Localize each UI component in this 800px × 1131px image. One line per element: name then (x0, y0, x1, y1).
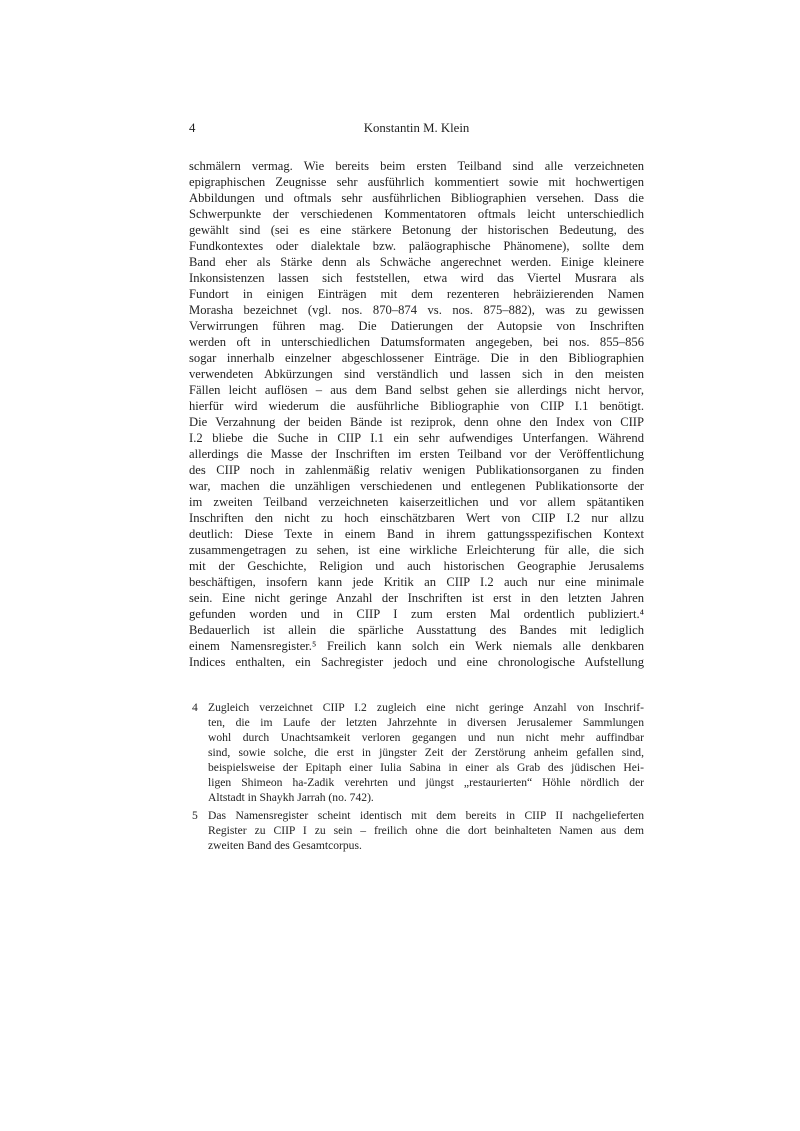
text-line: beschäftigen, insofern kann jede Kritik … (189, 574, 644, 590)
text-line: hierfür wird wiederum die ausführliche B… (189, 398, 644, 414)
text-line: Zugleich verzeichnet CIIP I.2 zugleich e… (208, 700, 644, 715)
text-line: Band eher als Stärke denn als Schwäche a… (189, 254, 644, 270)
text-line: einem Namensregister.⁵ Freilich kann sol… (189, 638, 644, 654)
text-line: Inschriften den nicht zu hoch einschätzb… (189, 510, 644, 526)
text-line: sind, sowie solche, die erst in jüngster… (208, 745, 644, 760)
text-line: gewählt sind (sei es eine stärkere Beton… (189, 222, 644, 238)
page-header: 4 Konstantin M. Klein (189, 120, 644, 136)
text-line: I.2 bliebe die Suche in CIIP I.1 ein seh… (189, 430, 644, 446)
text-line: schmälern vermag. Wie bereits beim erste… (189, 158, 644, 174)
text-line: Schwerpunkte der verschiedenen Kommentat… (189, 206, 644, 222)
text-line: Indices enthalten, ein Sachregister jedo… (189, 654, 644, 670)
text-line: Die Verzahnung der beiden Bände ist rezi… (189, 414, 644, 430)
text-line: Abbildungen und oftmals sehr ausführlich… (189, 190, 644, 206)
text-line: Register zu CIIP I zu sein – freilich oh… (208, 823, 644, 838)
text-line: wohl durch Unachtsamkeit verloren gegang… (208, 730, 644, 745)
text-line: Morasha bezeichnet (vgl. nos. 870–874 vs… (189, 302, 644, 318)
text-line: allerdings die Masse der Inschriften im … (189, 446, 644, 462)
text-line: beispielsweise der Epitaph einer Iulia S… (208, 760, 644, 775)
footnote-number: 4 (189, 700, 208, 805)
text-line: war, machen die unzähligen verschiedenen… (189, 478, 644, 494)
text-line: ligen Shimeon ha-Zadik verehrten und jün… (208, 775, 644, 790)
body-paragraph: schmälern vermag. Wie bereits beim erste… (189, 158, 644, 670)
text-line: ten, die im Laufe der letzten Jahrzehnte… (208, 715, 644, 730)
text-line: sein. Eine nicht geringe Anzahl der Insc… (189, 590, 644, 606)
page-number: 4 (189, 120, 195, 136)
text-line: Verwirrungen führen mag. Die Datierungen… (189, 318, 644, 334)
text-line: gefunden worden und in CIIP I zum ersten… (189, 606, 644, 622)
footnote-number: 5 (189, 808, 208, 853)
document-page: 4 Konstantin M. Klein schmälern vermag. … (0, 0, 800, 1131)
text-line: Fundort in einigen Einträgen mit dem rez… (189, 286, 644, 302)
footnote-text: Zugleich verzeichnet CIIP I.2 zugleich e… (208, 700, 644, 805)
text-line: des CIIP noch in zahlenmäßig relativ wen… (189, 462, 644, 478)
text-line: deutlich: Diese Texte in einem Band in i… (189, 526, 644, 542)
text-line: Altstadt in Shaykh Jarrah (no. 742). (208, 790, 644, 805)
text-line: Bedauerlich ist allein die spärliche Aus… (189, 622, 644, 638)
footnote-4: 4 Zugleich verzeichnet CIIP I.2 zugleich… (189, 700, 644, 805)
text-line: Fundkontextes oder dialektale bzw. paläo… (189, 238, 644, 254)
text-line: im zweiten Teilband verzeichneten kaiser… (189, 494, 644, 510)
footnote-text: Das Namensregister scheint identisch mit… (208, 808, 644, 853)
text-line: epigraphischen Zeugnisse sehr ausführlic… (189, 174, 644, 190)
text-line: Fällen leicht auflösen – aus dem Band se… (189, 382, 644, 398)
running-title: Konstantin M. Klein (189, 120, 644, 136)
text-line: mit der Geschichte, Religion und auch hi… (189, 558, 644, 574)
text-line: zusammengetragen zu sehen, ist eine wirk… (189, 542, 644, 558)
text-line: zweiten Band des Gesamtcorpus. (208, 838, 644, 853)
text-line: verwendeten Abkürzungen sind verständlic… (189, 366, 644, 382)
text-line: werden oft in unterschiedlichen Datumsfo… (189, 334, 644, 350)
text-line: Inkonsistenzen lassen sich feststellen, … (189, 270, 644, 286)
footnotes-section: 4 Zugleich verzeichnet CIIP I.2 zugleich… (189, 700, 644, 856)
footnote-5: 5 Das Namensregister scheint identisch m… (189, 808, 644, 853)
text-line: Das Namensregister scheint identisch mit… (208, 808, 644, 823)
text-line: sogar innerhalb einzelner abgeschlossene… (189, 350, 644, 366)
